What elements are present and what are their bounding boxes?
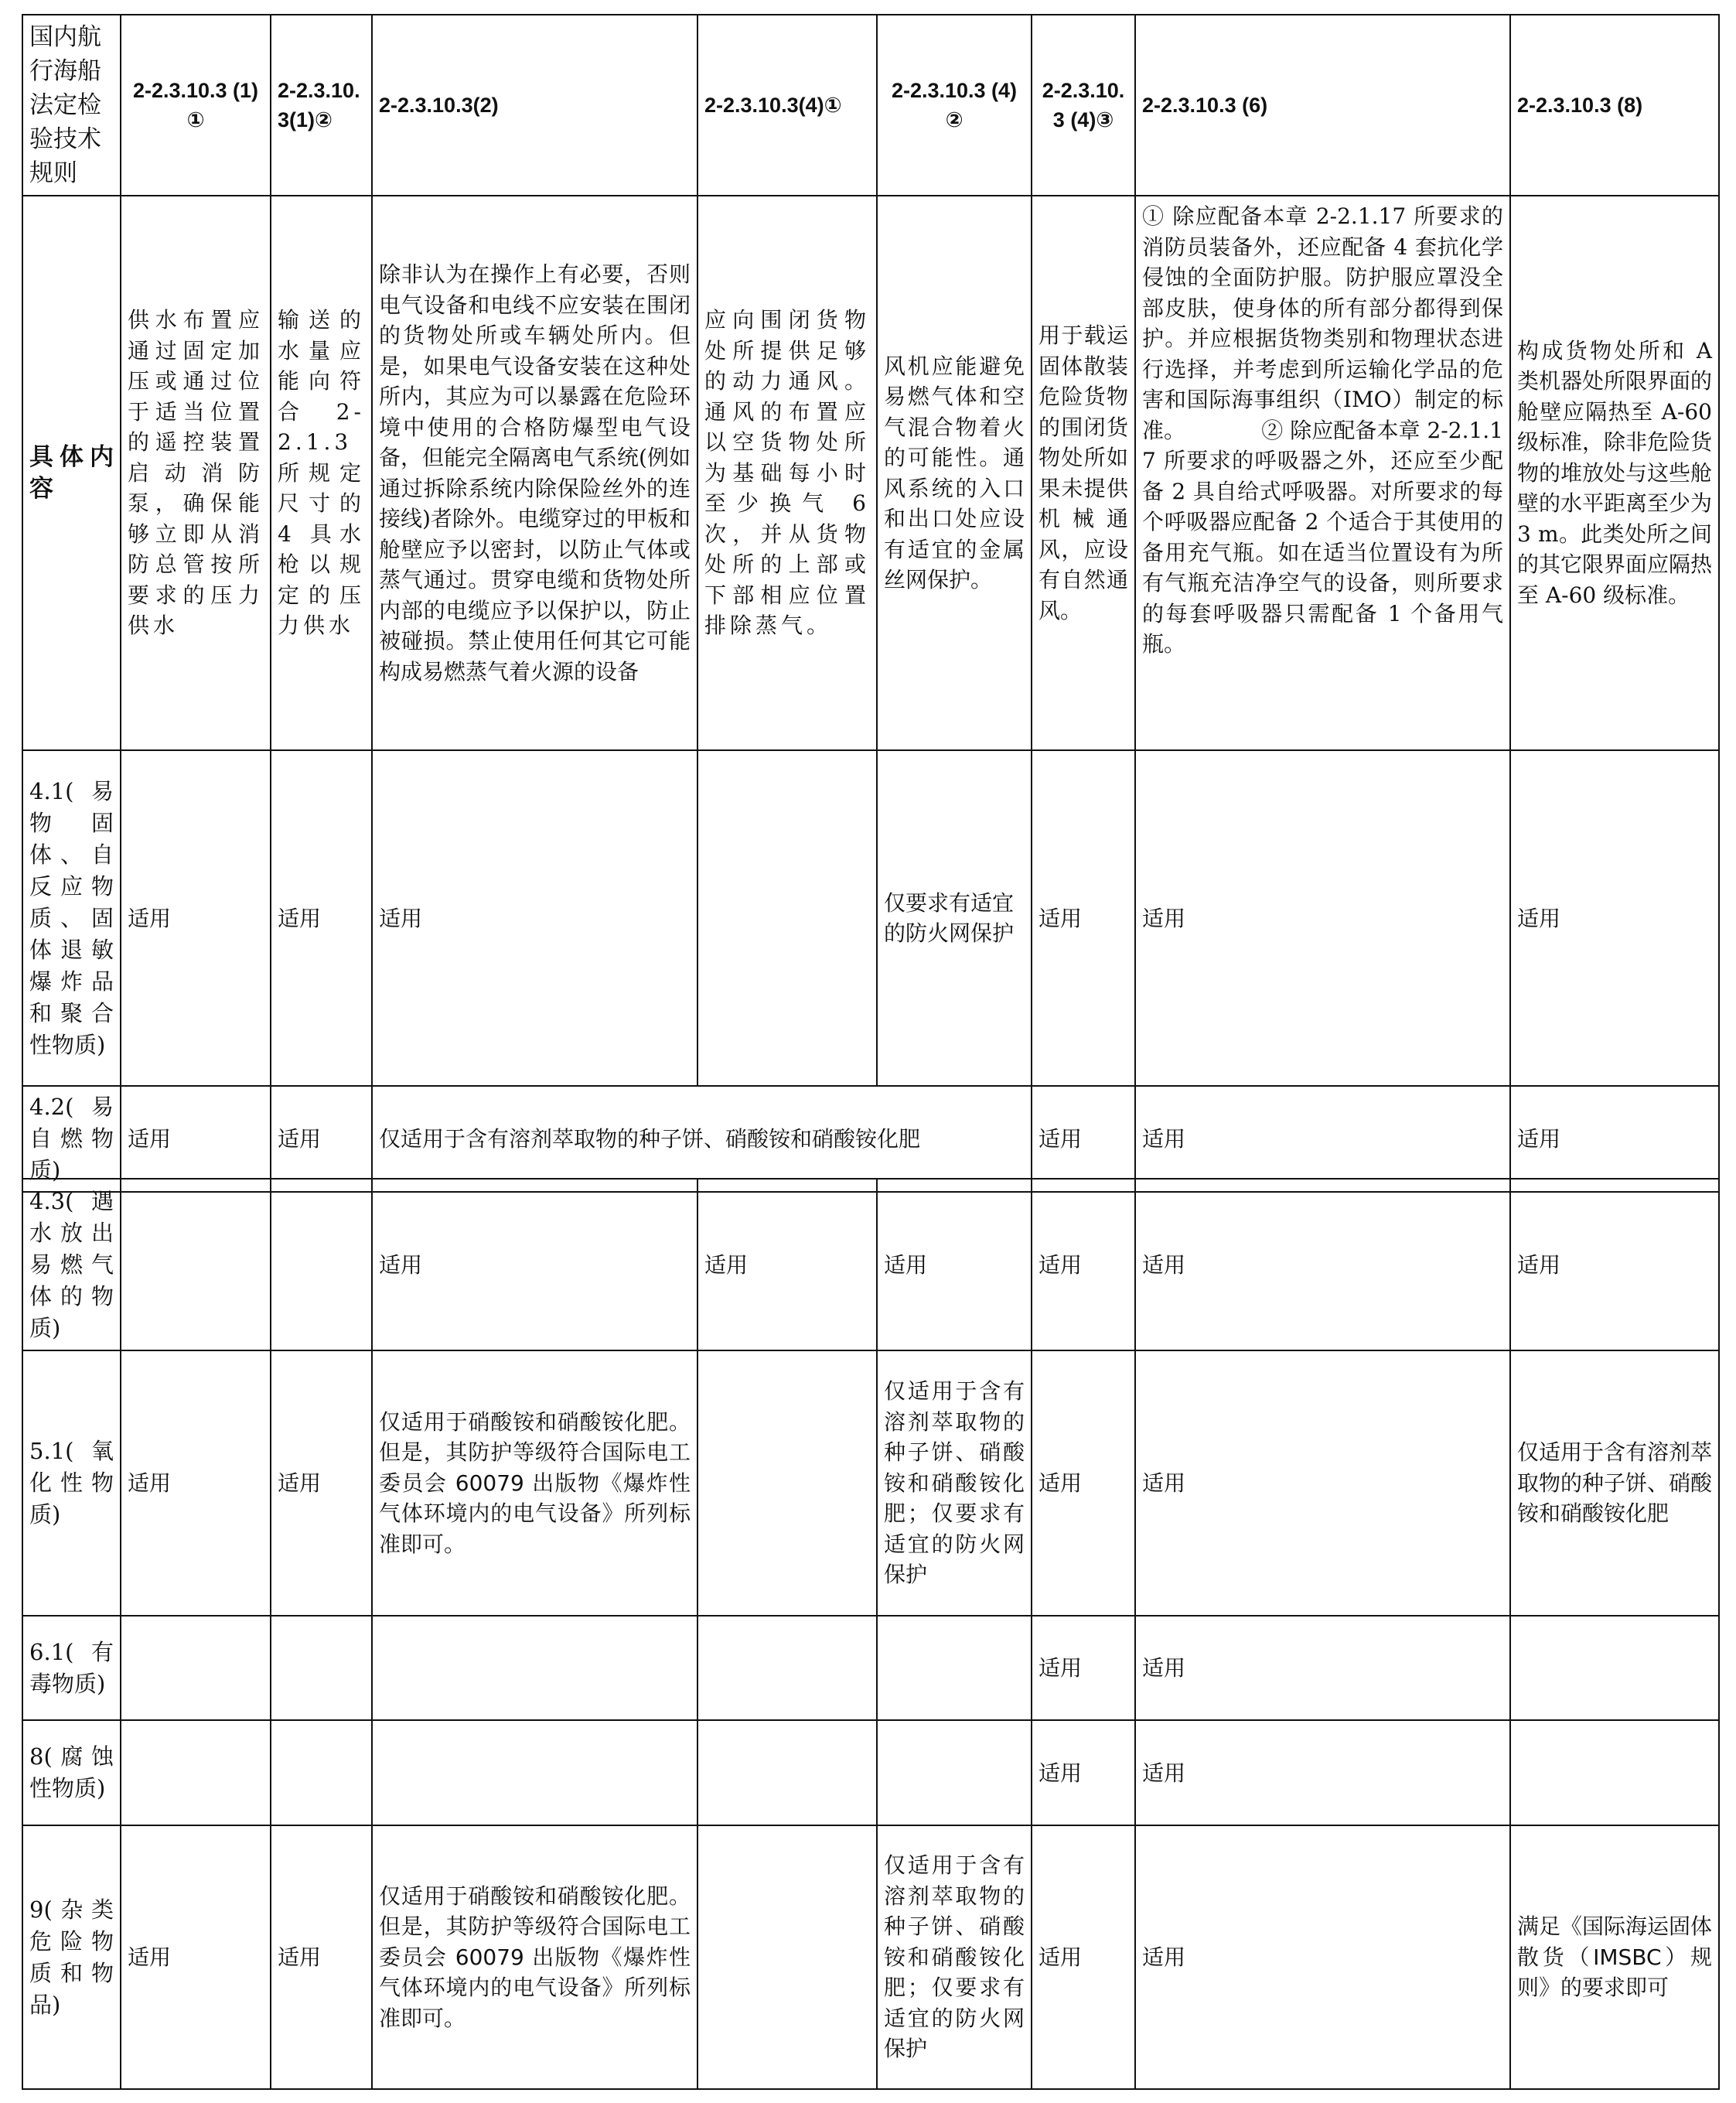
cell-c8: 适用 [1510, 1086, 1719, 1192]
cell-content-c3: 除非认为在操作上有必要，否则电气设备和电线不应安装在围闭的货物处所或车辆处所内。… [372, 196, 697, 750]
cell-c8: 满足《国际海运固体散货（IMSBC）规则》的要求即可 [1510, 1825, 1719, 2089]
cell-c5: 适用 [877, 1179, 1032, 1350]
cell-c4 [697, 1350, 877, 1616]
cell-c6: 适用 [1032, 750, 1135, 1086]
header-col-5: 2-2.3.10.3 (4)② [877, 15, 1032, 196]
row-label: 4.1(易物固体、自反应物质、固体退敏爆炸品和聚合性物质) [22, 750, 121, 1086]
row-label: 9(杂类危险物质和物品) [22, 1825, 121, 2089]
cell-c7: 适用 [1135, 1616, 1510, 1720]
cell-c5 [877, 1720, 1032, 1825]
cell-c1 [121, 1616, 271, 1720]
cell-c6: 适用 [1032, 1616, 1135, 1720]
cell-c5 [877, 1616, 1032, 1720]
cell-c6: 适用 [1032, 1720, 1135, 1825]
cell-c6: 适用 [1032, 1179, 1135, 1350]
row-label: 6.1(有毒物质) [22, 1616, 121, 1720]
header-col-3: 2-2.3.10.3(2) [372, 15, 697, 196]
cell-content-c6: 用于载运固体散装危险货物的围闭货物处所如果未提供机械通风，应设有自然通风。 [1032, 196, 1135, 750]
cell-c6: 适用 [1032, 1350, 1135, 1616]
cell-c3-c5-merged: 仅适用于含有溶剂萃取物的种子饼、硝酸铵和硝酸铵化肥 [372, 1086, 1032, 1192]
header-col-8: 2-2.3.10.3 (8) [1510, 15, 1719, 196]
cell-c7: 适用 [1135, 750, 1510, 1086]
cell-c1: 适用 [121, 750, 271, 1086]
row-label: 4.3(遇水放出易燃气体的物质) [22, 1179, 121, 1350]
cell-c1 [121, 1720, 271, 1825]
table-row-class-4-2: 4.2(易自燃物质) 适用 适用 仅适用于含有溶剂萃取物的种子饼、硝酸铵和硝酸铵… [22, 1086, 1719, 1192]
cell-c3 [372, 1616, 697, 1720]
cell-c1: 适用 [121, 1086, 271, 1192]
cell-c4: 适用 [697, 1179, 877, 1350]
cell-c2 [271, 1616, 372, 1720]
cell-c2: 适用 [271, 1350, 372, 1616]
row-label: 4.2(易自燃物质) [22, 1086, 121, 1192]
requirements-table-part-1: 国内航行海船法定检验技术规则 2-2.3.10.3 (1)① 2-2.3.10.… [22, 14, 1720, 1193]
cell-c4 [697, 750, 877, 1086]
cell-content-c7: ① 除应配备本章 2-2.1.17 所要求的消防员装备外，还应配备 4 套抗化学… [1135, 196, 1510, 750]
cell-c3: 适用 [372, 1179, 697, 1350]
table-row-class-4-3: 4.3(遇水放出易燃气体的物质) 适用 适用 适用 适用 适用 适用 [22, 1179, 1719, 1350]
header-col-6: 2-2.3.10.3 (4)③ [1032, 15, 1135, 196]
cell-c3 [372, 1720, 697, 1825]
cell-content-c1: 供水布置应通过固定加压或通过位于适当位置的遥控装置启动消防泵，确保能够立即从消防… [121, 196, 271, 750]
header-regulation-label: 国内航行海船法定检验技术规则 [22, 15, 121, 196]
cell-content-c4: 应向围闭货物处所提供足够的动力通风。通风的布置应以空货物处所为基础每小时至少换气… [697, 196, 877, 750]
cell-c1 [121, 1179, 271, 1350]
cell-c8: 适用 [1510, 1179, 1719, 1350]
cell-c5: 仅适用于含有溶剂萃取物的种子饼、硝酸铵和硝酸铵化肥；仅要求有适宜的防火网保护 [877, 1825, 1032, 2089]
cell-c2 [271, 1720, 372, 1825]
cell-c2: 适用 [271, 1086, 372, 1192]
table-row-class-8: 8(腐蚀性物质) 适用 适用 [22, 1720, 1719, 1825]
table-row-class-4-1: 4.1(易物固体、自反应物质、固体退敏爆炸品和聚合性物质) 适用 适用 适用 仅… [22, 750, 1719, 1086]
requirements-table-part-2: 4.3(遇水放出易燃气体的物质) 适用 适用 适用 适用 适用 适用 5.1(氧… [22, 1178, 1720, 2090]
header-col-4: 2-2.3.10.3(4)① [697, 15, 877, 196]
cell-c8 [1510, 1616, 1719, 1720]
header-col-1: 2-2.3.10.3 (1)① [121, 15, 271, 196]
cell-c6: 适用 [1032, 1086, 1135, 1192]
row-label-content: 具体内容 [22, 196, 121, 750]
cell-c3: 仅适用于硝酸铵和硝酸铵化肥。但是，其防护等级符合国际电工委员会 60079 出版… [372, 1825, 697, 2089]
cell-c7: 适用 [1135, 1086, 1510, 1192]
cell-c1: 适用 [121, 1825, 271, 2089]
header-row: 国内航行海船法定检验技术规则 2-2.3.10.3 (1)① 2-2.3.10.… [22, 15, 1719, 196]
cell-c2: 适用 [271, 1825, 372, 2089]
cell-content-c8: 构成货物处所和 A 类机器处所限界面的舱壁应隔热至 A-60 级标准，除非危险货… [1510, 196, 1719, 750]
cell-c4 [697, 1825, 877, 2089]
cell-c2: 适用 [271, 750, 372, 1086]
cell-c2 [271, 1179, 372, 1350]
table-row-class-9: 9(杂类危险物质和物品) 适用 适用 仅适用于硝酸铵和硝酸铵化肥。但是，其防护等… [22, 1825, 1719, 2089]
cell-c6: 适用 [1032, 1825, 1135, 2089]
cell-c8: 适用 [1510, 750, 1719, 1086]
row-label: 8(腐蚀性物质) [22, 1720, 121, 1825]
cell-c7: 适用 [1135, 1179, 1510, 1350]
header-col-2: 2-2.3.10.3(1)② [271, 15, 372, 196]
cell-c1: 适用 [121, 1350, 271, 1616]
cell-content-c5: 风机应能避免易燃气体和空气混合物着火的可能性。通风系统的入口和出口处应设有适宜的… [877, 196, 1032, 750]
cell-c4 [697, 1616, 877, 1720]
cell-c3: 适用 [372, 750, 697, 1086]
cell-c8 [1510, 1720, 1719, 1825]
cell-c5: 仅要求有适宜的防火网保护 [877, 750, 1032, 1086]
cell-content-c2: 输送的水量应能向符合 2-2.1.3 所规定尺寸的 4 具水枪以规定的压力供水 [271, 196, 372, 750]
cell-c8: 仅适用于含有溶剂萃取物的种子饼、硝酸铵和硝酸铵化肥 [1510, 1350, 1719, 1616]
table-row-class-5-1: 5.1(氧化性物质) 适用 适用 仅适用于硝酸铵和硝酸铵化肥。但是，其防护等级符… [22, 1350, 1719, 1616]
row-label: 5.1(氧化性物质) [22, 1350, 121, 1616]
header-col-7: 2-2.3.10.3 (6) [1135, 15, 1510, 196]
cell-c3: 仅适用于硝酸铵和硝酸铵化肥。但是，其防护等级符合国际电工委员会 60079 出版… [372, 1350, 697, 1616]
cell-c7: 适用 [1135, 1350, 1510, 1616]
cell-c4 [697, 1720, 877, 1825]
content-row: 具体内容 供水布置应通过固定加压或通过位于适当位置的遥控装置启动消防泵，确保能够… [22, 196, 1719, 750]
table-row-class-6-1: 6.1(有毒物质) 适用 适用 [22, 1616, 1719, 1720]
cell-c7: 适用 [1135, 1825, 1510, 2089]
cell-c7: 适用 [1135, 1720, 1510, 1825]
cell-c5: 仅适用于含有溶剂萃取物的种子饼、硝酸铵和硝酸铵化肥；仅要求有适宜的防火网保护 [877, 1350, 1032, 1616]
